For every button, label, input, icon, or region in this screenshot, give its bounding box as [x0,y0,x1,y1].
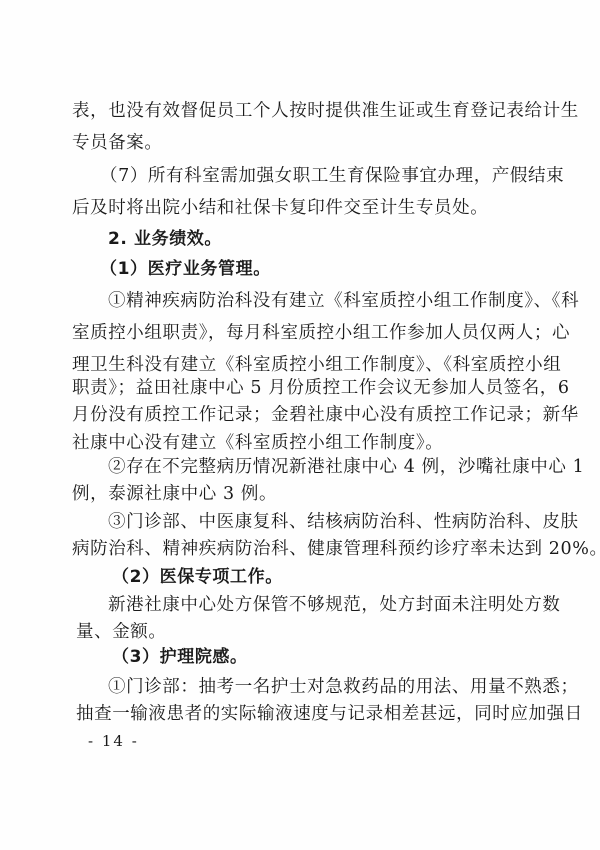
paragraph-line: （7）所有科室需加强女职工生育保险事宜办理，产假结束 [100,165,564,187]
paragraph-line: 新港社康中心处方保管不够规范，处方封面未注明处方数 [108,594,561,616]
paragraph-line: 表，也没有效督促员工个人按时提供准生证或生育登记表给计生 [72,100,579,122]
section-heading: 2. 业务绩效。 [108,228,222,250]
subsection-heading: （3）护理院感。 [112,646,248,668]
paragraph-line: ①精神疾病防治科没有建立《科室质控小组工作制度》、《科 [108,290,579,312]
document-page: 表，也没有效督促员工个人按时提供准生证或生育登记表给计生 专员备案。 （7）所有… [0,0,600,850]
page-number: - 14 - [88,732,139,750]
paragraph-line: 后及时将出院小结和社保卡复印件交至计生专员处。 [72,197,488,219]
paragraph-line: 职责》；益田社康中心 5 月份质控工作会议无参加人员签名，6 [72,377,570,399]
paragraph-line: 月份没有质控工作记录；金碧社康中心没有质控工作记录；新华 [72,404,579,426]
paragraph-line: 专员备案。 [72,132,163,154]
paragraph-line: ①门诊部：抽考一名护士对急救药品的用法、用量不熟悉； [108,676,579,698]
paragraph-line: 社康中心没有建立《科室质控小组工作制度》。 [72,432,443,454]
paragraph-line: 病防治科、精神疾病防治科、健康管理科预约诊疗率未达到 20%。 [72,538,600,560]
paragraph-line: 抽查一输液患者的实际输液速度与记录相差甚远，同时应加强日 [76,703,583,725]
subsection-heading: （2）医保专项工作。 [112,566,283,588]
paragraph-line: 例，泰源社康中心 3 例。 [72,483,277,505]
paragraph-line: ③门诊部、中医康复科、结核病防治科、性病防治科、皮肤 [108,511,579,533]
paragraph-line: ②存在不完整病历情况新港社康中心 4 例，沙嘴社康中心 1 [108,456,584,478]
paragraph-line: 室质控小组职责》，每月科室质控小组工作参加人员仅两人；心 [72,322,570,344]
paragraph-line: 理卫生科没有建立《科室质控小组工作制度》、《科室质控小组 [72,354,561,376]
subsection-heading: （1）医疗业务管理。 [100,258,271,280]
paragraph-line: 量、金额。 [76,621,167,643]
